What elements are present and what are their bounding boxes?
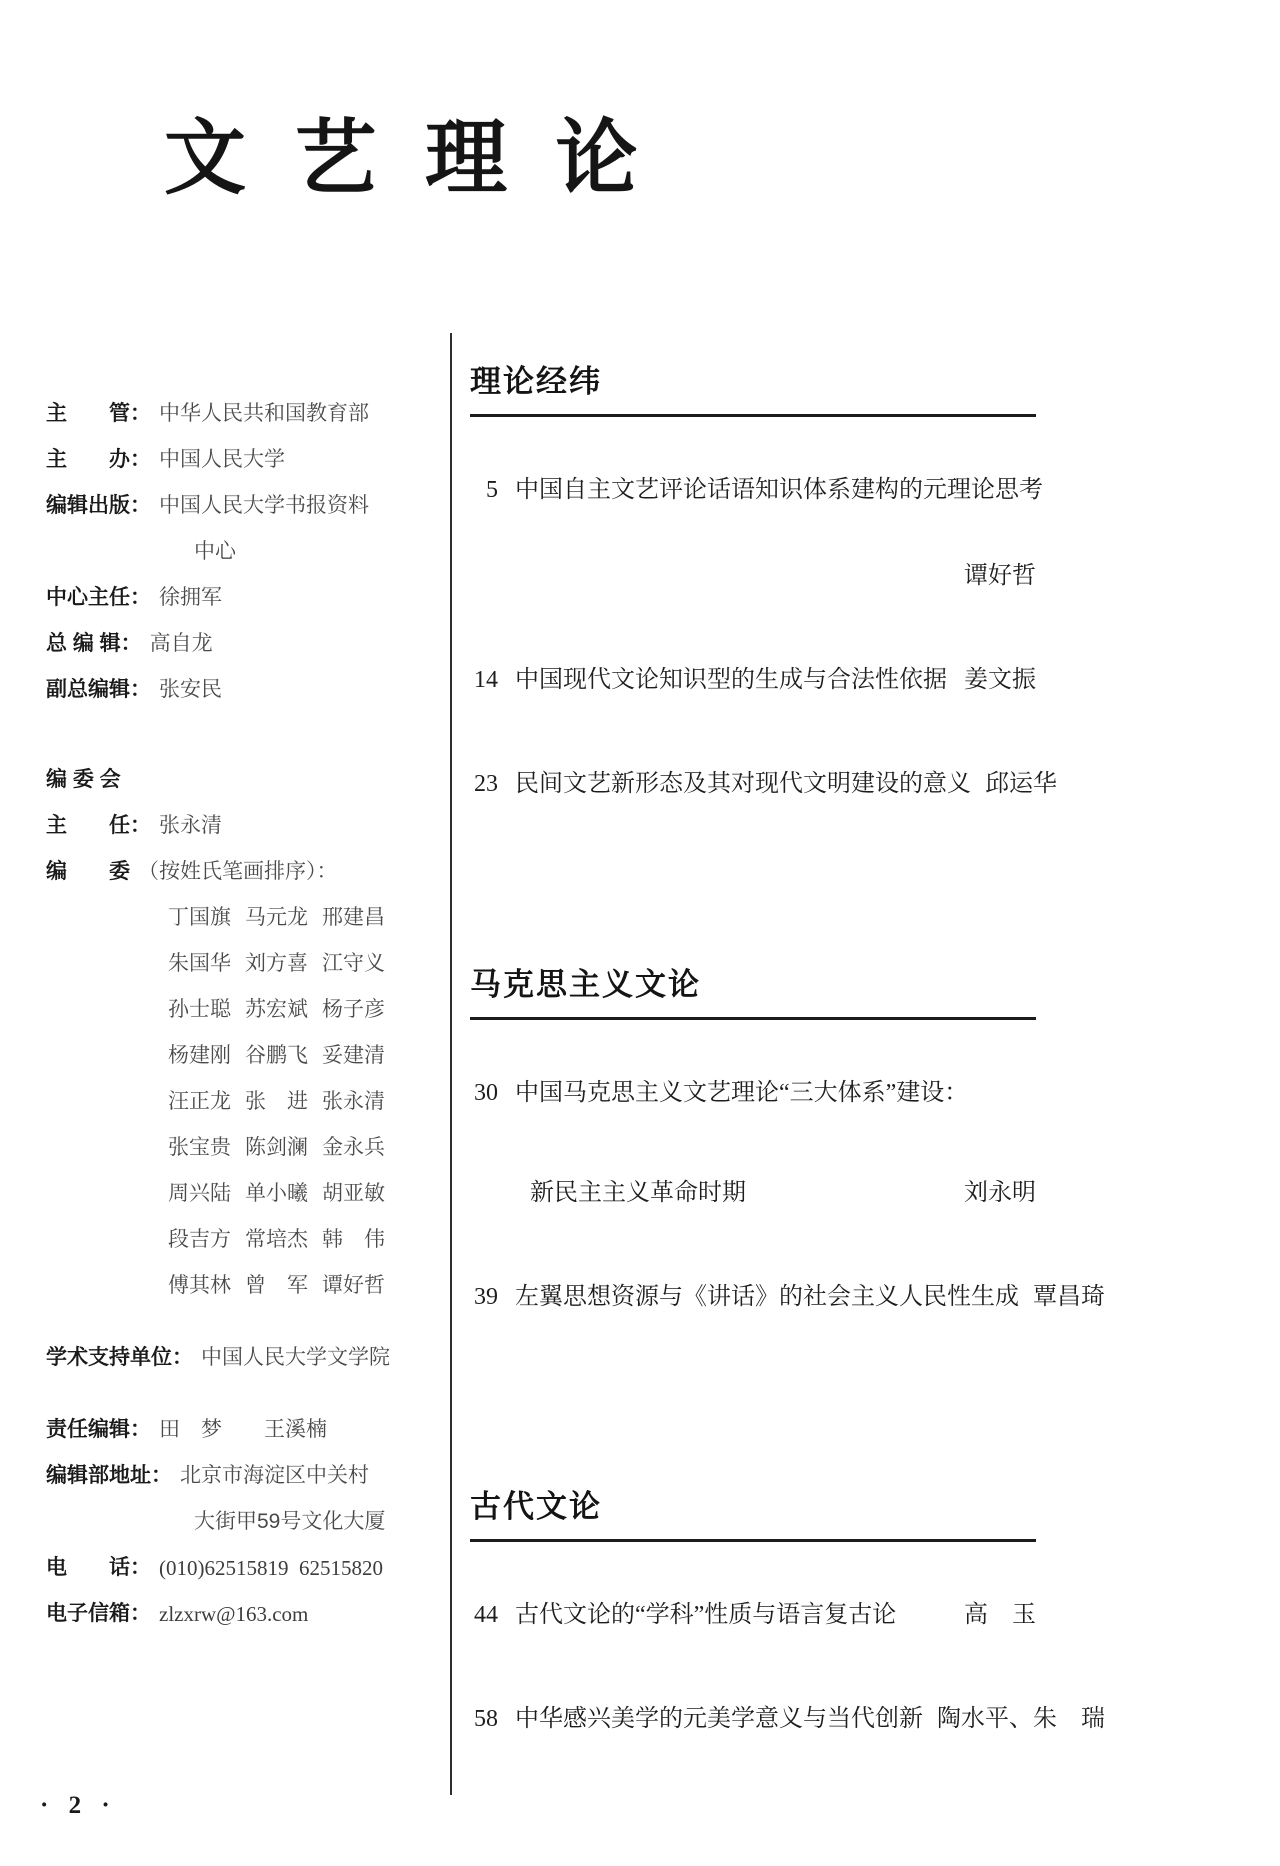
board-member-name: 胡亚敏 xyxy=(322,1180,385,1208)
field-value: (010)62515819 62515820 xyxy=(159,1554,383,1582)
masthead-field-row: 编辑出版：中国人民大学书报资料 xyxy=(46,492,446,520)
article-title: 中华感兴美学的元美学意义与当代创新 xyxy=(515,1702,923,1736)
field-value: 中华人民共和国教育部 xyxy=(159,400,369,428)
board-member-name: 周兴陆 xyxy=(168,1180,231,1208)
article-author: 邱运华 xyxy=(971,767,1057,801)
board-member-name: 曾 军 xyxy=(245,1272,308,1300)
field-value: 中国人民大学文学院 xyxy=(201,1344,390,1372)
field-value: 高自龙 xyxy=(150,630,213,658)
toc-article-row: 5中国自主文艺评论话语知识体系建构的元理论思考 xyxy=(470,473,1036,507)
board-member-name: 傅其林 xyxy=(168,1272,231,1300)
editorial-board-heading: 编 委 会 xyxy=(46,766,446,794)
masthead-field-row: 学术支持单位：中国人民大学文学院 xyxy=(46,1344,446,1372)
article-title: 中国现代文论知识型的生成与合法性依据 xyxy=(515,663,947,697)
masthead-field-row: 电子信箱：zlzxrw@163.com xyxy=(46,1600,446,1628)
masthead: 主 管：中华人民共和国教育部主 办：中国人民大学编辑出版：中国人民大学书报资料中… xyxy=(46,400,446,1646)
board-member-name: 丁国旗 xyxy=(168,904,231,932)
toc-section: 马克思主义文论30中国马克思主义文艺理论“三大体系”建设：新民主主义革命时期刘永… xyxy=(470,966,1036,1314)
masthead-field-row: 电 话：(010)62515819 62515820 xyxy=(46,1554,446,1582)
field-value: （按姓氏笔画排序）： xyxy=(138,858,338,886)
section-heading: 马克思主义文论 xyxy=(470,966,1036,1020)
editorial-board-block: 编 委 会主 任：张永清编 委（按姓氏笔画排序）：丁国旗马元龙邢建昌朱国华刘方喜… xyxy=(46,766,446,1300)
masthead-field-row: 主 办：中国人民大学 xyxy=(46,446,446,474)
toc-section: 理论经纬5中国自主文艺评论话语知识体系建构的元理论思考谭好哲14中国现代文论知识… xyxy=(470,363,1036,801)
board-member-row: 段吉方常培杰韩 伟 xyxy=(46,1226,446,1254)
field-label: 主 任： xyxy=(46,812,151,840)
article-author: 高 玉 xyxy=(950,1598,1036,1632)
article-page-number: 14 xyxy=(470,663,498,697)
board-member-name: 段吉方 xyxy=(168,1226,231,1254)
article-page-number: 58 xyxy=(470,1702,498,1736)
article-author: 覃昌琦 xyxy=(1019,1280,1105,1314)
article-subtitle-row: 新民主主义革命时期刘永明 xyxy=(470,1176,1036,1210)
board-member-row: 孙士聪苏宏斌杨子彦 xyxy=(46,996,446,1024)
article-author-line: 谭好哲 xyxy=(470,559,1036,593)
board-member-name: 马元龙 xyxy=(245,904,308,932)
board-member-row: 周兴陆单小曦胡亚敏 xyxy=(46,1180,446,1208)
board-chair-row: 主 任：张永清 xyxy=(46,812,446,840)
board-member-name: 刘方喜 xyxy=(245,950,308,978)
masthead-field-row: 副总编辑：张安民 xyxy=(46,676,446,704)
field-label: 编辑出版： xyxy=(46,492,151,520)
board-member-row: 汪正龙张 进张永清 xyxy=(46,1088,446,1116)
board-member-name: 韩 伟 xyxy=(322,1226,385,1254)
board-member-row: 朱国华刘方喜江守义 xyxy=(46,950,446,978)
toc-section: 古代文论44古代文论的“学科”性质与语言复古论高 玉58中华感兴美学的元美学意义… xyxy=(470,1488,1036,1736)
field-label: 副总编辑： xyxy=(46,676,151,704)
field-value: 张安民 xyxy=(159,676,222,704)
masthead-field-row: 总 编 辑：高自龙 xyxy=(46,630,446,658)
board-member-name: 张宝贵 xyxy=(168,1134,231,1162)
field-label: 编辑部地址： xyxy=(46,1462,172,1490)
board-member-row: 杨建刚谷鹏飞妥建清 xyxy=(46,1042,446,1070)
journal-title: 文 艺 理 论 xyxy=(164,118,652,200)
field-value: 田 梦 王溪楠 xyxy=(159,1416,327,1444)
board-member-name: 谷鹏飞 xyxy=(245,1042,308,1070)
article-author: 谭好哲 xyxy=(950,563,1036,589)
masthead-contact-block: 学术支持单位：中国人民大学文学院责任编辑：田 梦 王溪楠编辑部地址：北京市海淀区… xyxy=(46,1344,446,1628)
board-member-name: 金永兵 xyxy=(322,1134,385,1162)
board-member-name: 孙士聪 xyxy=(168,996,231,1024)
article-title: 古代文论的“学科”性质与语言复古论 xyxy=(515,1598,896,1632)
vertical-divider xyxy=(450,333,452,1795)
article-author: 刘永明 xyxy=(950,1176,1036,1210)
toc-article-row: 30中国马克思主义文艺理论“三大体系”建设： xyxy=(470,1076,1036,1110)
article-page-number: 23 xyxy=(470,767,498,801)
toc-article-row: 39左翼思想资源与《讲话》的社会主义人民性生成覃昌琦 xyxy=(470,1280,1036,1314)
field-value: zlzxrw@163.com xyxy=(159,1600,308,1628)
article-page-number: 44 xyxy=(470,1598,498,1632)
section-heading: 理论经纬 xyxy=(470,363,1036,417)
field-label: 电子信箱： xyxy=(46,1600,151,1628)
field-label: 主 办： xyxy=(46,446,151,474)
board-member-name: 朱国华 xyxy=(168,950,231,978)
toc-article-row: 14中国现代文论知识型的生成与合法性依据姜文振 xyxy=(470,663,1036,697)
board-member-name: 江守义 xyxy=(322,950,385,978)
board-member-name: 陈剑澜 xyxy=(245,1134,308,1162)
field-value: 中国人民大学书报资料 xyxy=(159,492,369,520)
toc-article-row: 44古代文论的“学科”性质与语言复古论高 玉 xyxy=(470,1598,1036,1632)
field-value: 中国人民大学 xyxy=(159,446,285,474)
article-author: 陶水平、朱 瑞 xyxy=(923,1702,1105,1736)
board-member-name: 妥建清 xyxy=(322,1042,385,1070)
masthead-field-row: 中心主任：徐拥军 xyxy=(46,584,446,612)
article-page-number: 39 xyxy=(470,1280,498,1314)
board-member-name: 杨子彦 xyxy=(322,996,385,1024)
masthead-field-row: 编辑部地址：北京市海淀区中关村 xyxy=(46,1462,446,1490)
article-title: 中国马克思主义文艺理论“三大体系”建设： xyxy=(515,1076,968,1110)
board-member-name: 谭好哲 xyxy=(322,1272,385,1300)
section-heading: 古代文论 xyxy=(470,1488,1036,1542)
board-member-name: 常培杰 xyxy=(245,1226,308,1254)
board-member-row: 丁国旗马元龙邢建昌 xyxy=(46,904,446,932)
masthead-publisher-block: 主 管：中华人民共和国教育部主 办：中国人民大学编辑出版：中国人民大学书报资料中… xyxy=(46,400,446,704)
board-member-name: 杨建刚 xyxy=(168,1042,231,1070)
field-label: 总 编 辑： xyxy=(46,630,142,658)
board-member-name: 张 进 xyxy=(245,1088,308,1116)
board-member-row: 傅其林曾 军谭好哲 xyxy=(46,1272,446,1300)
article-title: 民间文艺新形态及其对现代文明建设的意义 xyxy=(515,767,971,801)
field-label: 电 话： xyxy=(46,1554,151,1582)
masthead-field-row: 主 管：中华人民共和国教育部 xyxy=(46,400,446,428)
article-title: 左翼思想资源与《讲话》的社会主义人民性生成 xyxy=(515,1280,1019,1314)
field-value: 北京市海淀区中关村 xyxy=(180,1462,369,1490)
field-value-continuation: 中心 xyxy=(46,538,446,566)
field-value: 徐拥军 xyxy=(159,584,222,612)
board-member-name: 单小曦 xyxy=(245,1180,308,1208)
board-member-row: 张宝贵陈剑澜金永兵 xyxy=(46,1134,446,1162)
article-title: 中国自主文艺评论话语知识体系建构的元理论思考 xyxy=(515,473,1043,507)
toc-article-row: 23民间文艺新形态及其对现代文明建设的意义邱运华 xyxy=(470,767,1036,801)
field-label: 学术支持单位： xyxy=(46,1344,193,1372)
article-page-number: 5 xyxy=(470,473,498,507)
masthead-field-row: 责任编辑：田 梦 王溪楠 xyxy=(46,1416,446,1444)
field-label: 编 委 xyxy=(46,858,130,886)
board-member-name: 邢建昌 xyxy=(322,904,385,932)
board-member-name: 张永清 xyxy=(322,1088,385,1116)
board-member-name: 苏宏斌 xyxy=(245,996,308,1024)
field-label: 主 管： xyxy=(46,400,151,428)
board-members-label-row: 编 委（按姓氏笔画排序）： xyxy=(46,858,446,886)
field-label: 责任编辑： xyxy=(46,1416,151,1444)
field-label: 中心主任： xyxy=(46,584,151,612)
toc-article-row: 58中华感兴美学的元美学意义与当代创新陶水平、朱 瑞 xyxy=(470,1702,1036,1736)
page-number: · 2 · xyxy=(40,1792,117,1820)
field-value: 张永清 xyxy=(159,812,222,840)
article-subtitle: 新民主主义革命时期 xyxy=(530,1176,746,1210)
article-page-number: 30 xyxy=(470,1076,498,1110)
journal-toc-page: 文 艺 理 论 主 管：中华人民共和国教育部主 办：中国人民大学编辑出版：中国人… xyxy=(0,0,1280,1866)
article-author: 姜文振 xyxy=(950,663,1036,697)
field-value-continuation: 大街甲59号文化大厦 xyxy=(46,1508,446,1536)
board-member-name: 汪正龙 xyxy=(168,1088,231,1116)
